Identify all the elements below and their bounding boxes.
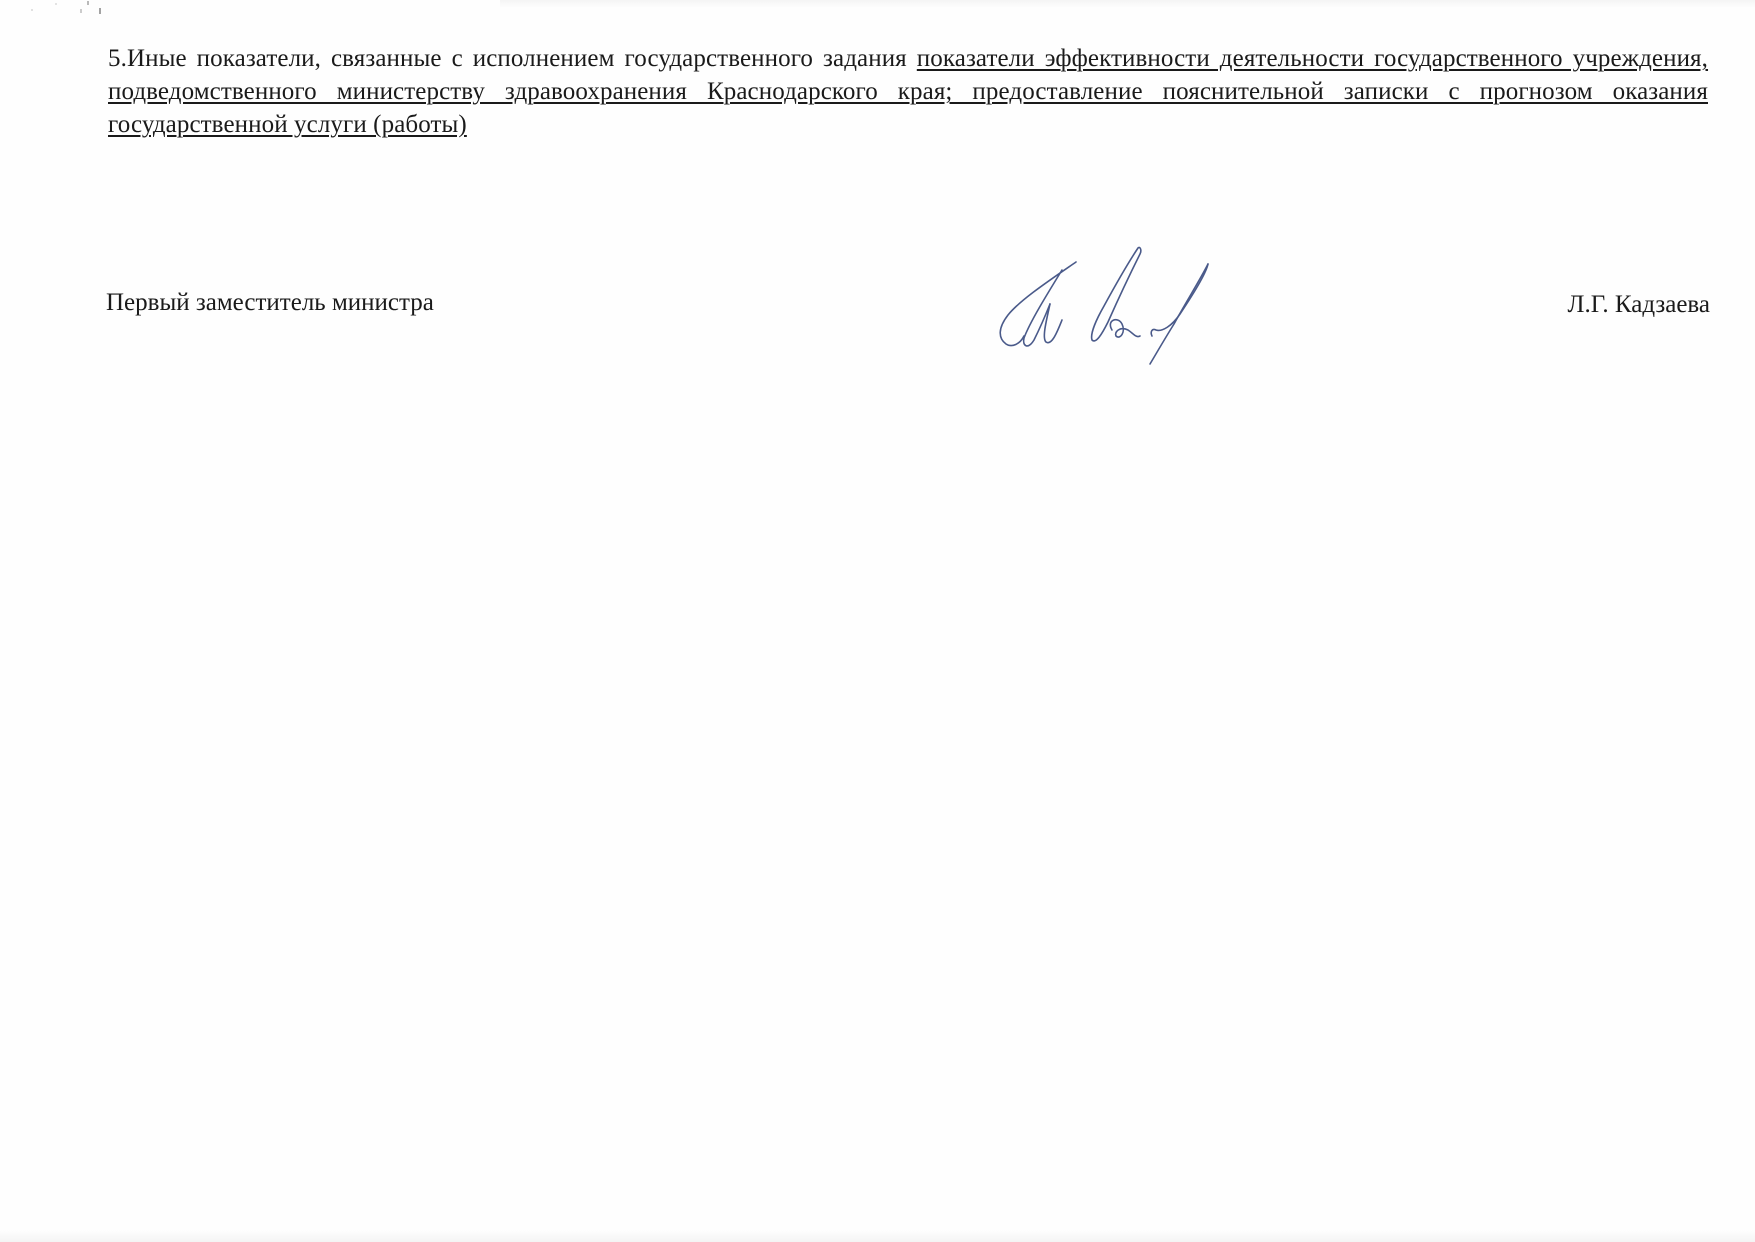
scan-shadow-bottom: [0, 1230, 1755, 1242]
handwritten-signature-icon: [980, 240, 1220, 370]
document-page: 5.Иные показатели, связанные с исполнени…: [0, 0, 1755, 1242]
signature-block: Первый заместитель министра Л.Г. Кадзаев…: [106, 288, 1710, 328]
other-indicators-paragraph: 5.Иные показатели, связанные с исполнени…: [108, 42, 1708, 141]
scan-specks: [20, 0, 110, 16]
paragraph-lead-text: 5.Иные показатели, связанные с исполнени…: [108, 45, 917, 72]
scan-shadow-top: [500, 0, 1755, 8]
signatory-name: Л.Г. Кадзаева: [1568, 290, 1710, 320]
position-title: Первый заместитель министра: [106, 288, 434, 318]
